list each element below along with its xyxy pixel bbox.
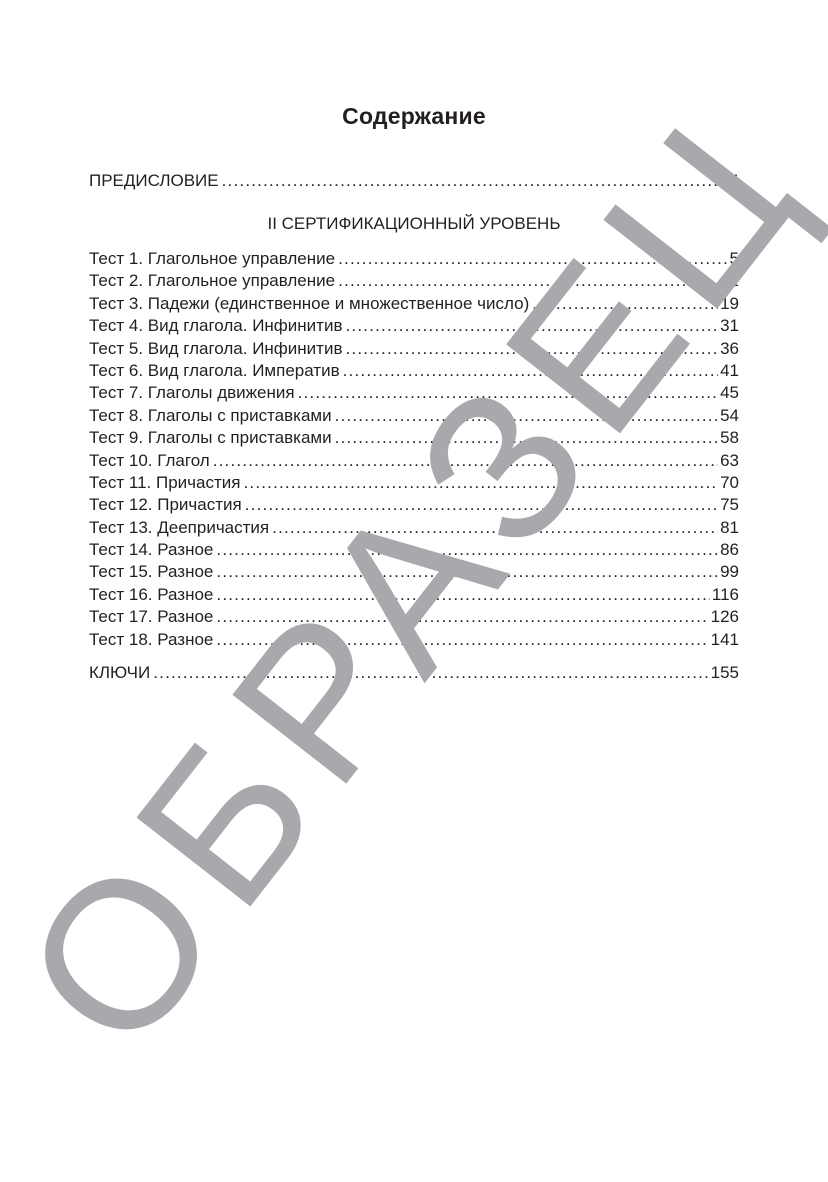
toc-entry-preface[interactable]: ПРЕДИСЛОВИЕ 4 xyxy=(89,170,739,192)
toc-entry-label: Тест 7. Глаголы движения xyxy=(89,382,298,404)
toc-entry-page: 155 xyxy=(709,662,739,684)
toc-entry-test[interactable]: Тест 10. Глагол63 xyxy=(89,450,739,472)
toc-entry-label: Тест 11. Причастия xyxy=(89,472,243,494)
toc-entry-test[interactable]: Тест 9. Глаголы с приставками58 xyxy=(89,427,739,449)
toc-entry-page: 12 xyxy=(718,270,739,292)
dot-leader xyxy=(343,360,718,382)
dot-leader xyxy=(346,315,719,337)
toc-entry-label: Тест 1. Глагольное управление xyxy=(89,248,338,270)
toc-entry-page: 126 xyxy=(709,606,739,628)
toc-entry-keys[interactable]: КЛЮЧИ 155 xyxy=(89,662,739,684)
toc-entry-label: КЛЮЧИ xyxy=(89,662,153,684)
toc-entry-page: 141 xyxy=(709,629,739,651)
dot-leader xyxy=(335,405,718,427)
dot-leader xyxy=(216,606,708,628)
toc-entry-page: 5 xyxy=(728,248,739,270)
toc-entry-test[interactable]: Тест 12. Причастия75 xyxy=(89,494,739,516)
toc-entry-test[interactable]: Тест 13. Деепричастия81 xyxy=(89,517,739,539)
toc-entry-page: 99 xyxy=(718,561,739,583)
toc-entry-test[interactable]: Тест 3. Падежи (единственное и множестве… xyxy=(89,293,739,315)
dot-leader xyxy=(338,270,718,292)
dot-leader xyxy=(216,584,710,606)
toc-entry-page: 31 xyxy=(718,315,739,337)
toc-entry-label: Тест 15. Разное xyxy=(89,561,216,583)
dot-leader xyxy=(216,629,708,651)
toc-entry-test[interactable]: Тест 18. Разное141 xyxy=(89,629,739,651)
toc-entry-label: Тест 2. Глагольное управление xyxy=(89,270,338,292)
toc-entry-test[interactable]: Тест 17. Разное126 xyxy=(89,606,739,628)
toc-entry-test[interactable]: Тест 11. Причастия70 xyxy=(89,472,739,494)
dot-leader xyxy=(272,517,718,539)
toc-entry-label: Тест 3. Падежи (единственное и множестве… xyxy=(89,293,532,315)
toc-entry-test[interactable]: Тест 7. Глаголы движения45 xyxy=(89,382,739,404)
toc-entry-test[interactable]: Тест 4. Вид глагола. Инфинитив31 xyxy=(89,315,739,337)
page-title: Содержание xyxy=(0,103,828,130)
toc-entry-test[interactable]: Тест 16. Разное116 xyxy=(89,584,739,606)
toc-entry-page: 81 xyxy=(718,517,739,539)
toc-entry-label: Тест 10. Глагол xyxy=(89,450,213,472)
dot-leader xyxy=(298,382,719,404)
toc-entry-test[interactable]: Тест 6. Вид глагола. Императив41 xyxy=(89,360,739,382)
toc-entry-label: ПРЕДИСЛОВИЕ xyxy=(89,170,222,192)
dot-leader xyxy=(153,662,708,684)
toc-entry-test[interactable]: Тест 14. Разное86 xyxy=(89,539,739,561)
toc-entry-test[interactable]: Тест 15. Разное99 xyxy=(89,561,739,583)
toc-entry-page: 70 xyxy=(718,472,739,494)
dot-leader xyxy=(338,248,727,270)
toc-entry-page: 116 xyxy=(710,584,739,606)
dot-leader xyxy=(213,450,718,472)
toc-entry-label: Тест 12. Причастия xyxy=(89,494,245,516)
toc-entry-label: Тест 17. Разное xyxy=(89,606,216,628)
toc-entry-label: Тест 4. Вид глагола. Инфинитив xyxy=(89,315,346,337)
toc-entry-page: 63 xyxy=(718,450,739,472)
toc-entry-label: Тест 5. Вид глагола. Инфинитив xyxy=(89,338,346,360)
toc-entry-page: 54 xyxy=(718,405,739,427)
toc-entry-label: Тест 8. Глаголы с приставками xyxy=(89,405,335,427)
toc-entry-label: Тест 14. Разное xyxy=(89,539,216,561)
toc-entry-label: Тест 13. Деепричастия xyxy=(89,517,272,539)
toc-entry-page: 75 xyxy=(718,494,739,516)
toc-entry-page: 45 xyxy=(718,382,739,404)
toc-entry-page: 86 xyxy=(718,539,739,561)
toc-list-tests: Тест 1. Глагольное управление5Тест 2. Гл… xyxy=(89,248,739,651)
toc-entry-label: Тест 6. Вид глагола. Императив xyxy=(89,360,343,382)
toc-entry-page: 4 xyxy=(728,170,739,192)
toc-entry-page: 36 xyxy=(718,338,739,360)
toc-entry-page: 19 xyxy=(718,293,739,315)
dot-leader xyxy=(346,338,719,360)
dot-leader xyxy=(532,293,718,315)
section-heading: II СЕРТИФИКАЦИОННЫЙ УРОВЕНЬ xyxy=(0,214,828,234)
dot-leader xyxy=(243,472,718,494)
toc-entry-test[interactable]: Тест 2. Глагольное управление12 xyxy=(89,270,739,292)
toc-entry-label: Тест 9. Глаголы с приставками xyxy=(89,427,335,449)
toc-entry-test[interactable]: Тест 8. Глаголы с приставками54 xyxy=(89,405,739,427)
toc-entry-label: Тест 16. Разное xyxy=(89,584,216,606)
toc-entry-test[interactable]: Тест 5. Вид глагола. Инфинитив36 xyxy=(89,338,739,360)
toc-entry-page: 41 xyxy=(718,360,739,382)
dot-leader xyxy=(335,427,718,449)
toc-entry-label: Тест 18. Разное xyxy=(89,629,216,651)
dot-leader xyxy=(245,494,718,516)
dot-leader xyxy=(222,170,728,192)
toc-entry-test[interactable]: Тест 1. Глагольное управление5 xyxy=(89,248,739,270)
dot-leader xyxy=(216,539,718,561)
toc-entry-page: 58 xyxy=(718,427,739,449)
dot-leader xyxy=(216,561,718,583)
